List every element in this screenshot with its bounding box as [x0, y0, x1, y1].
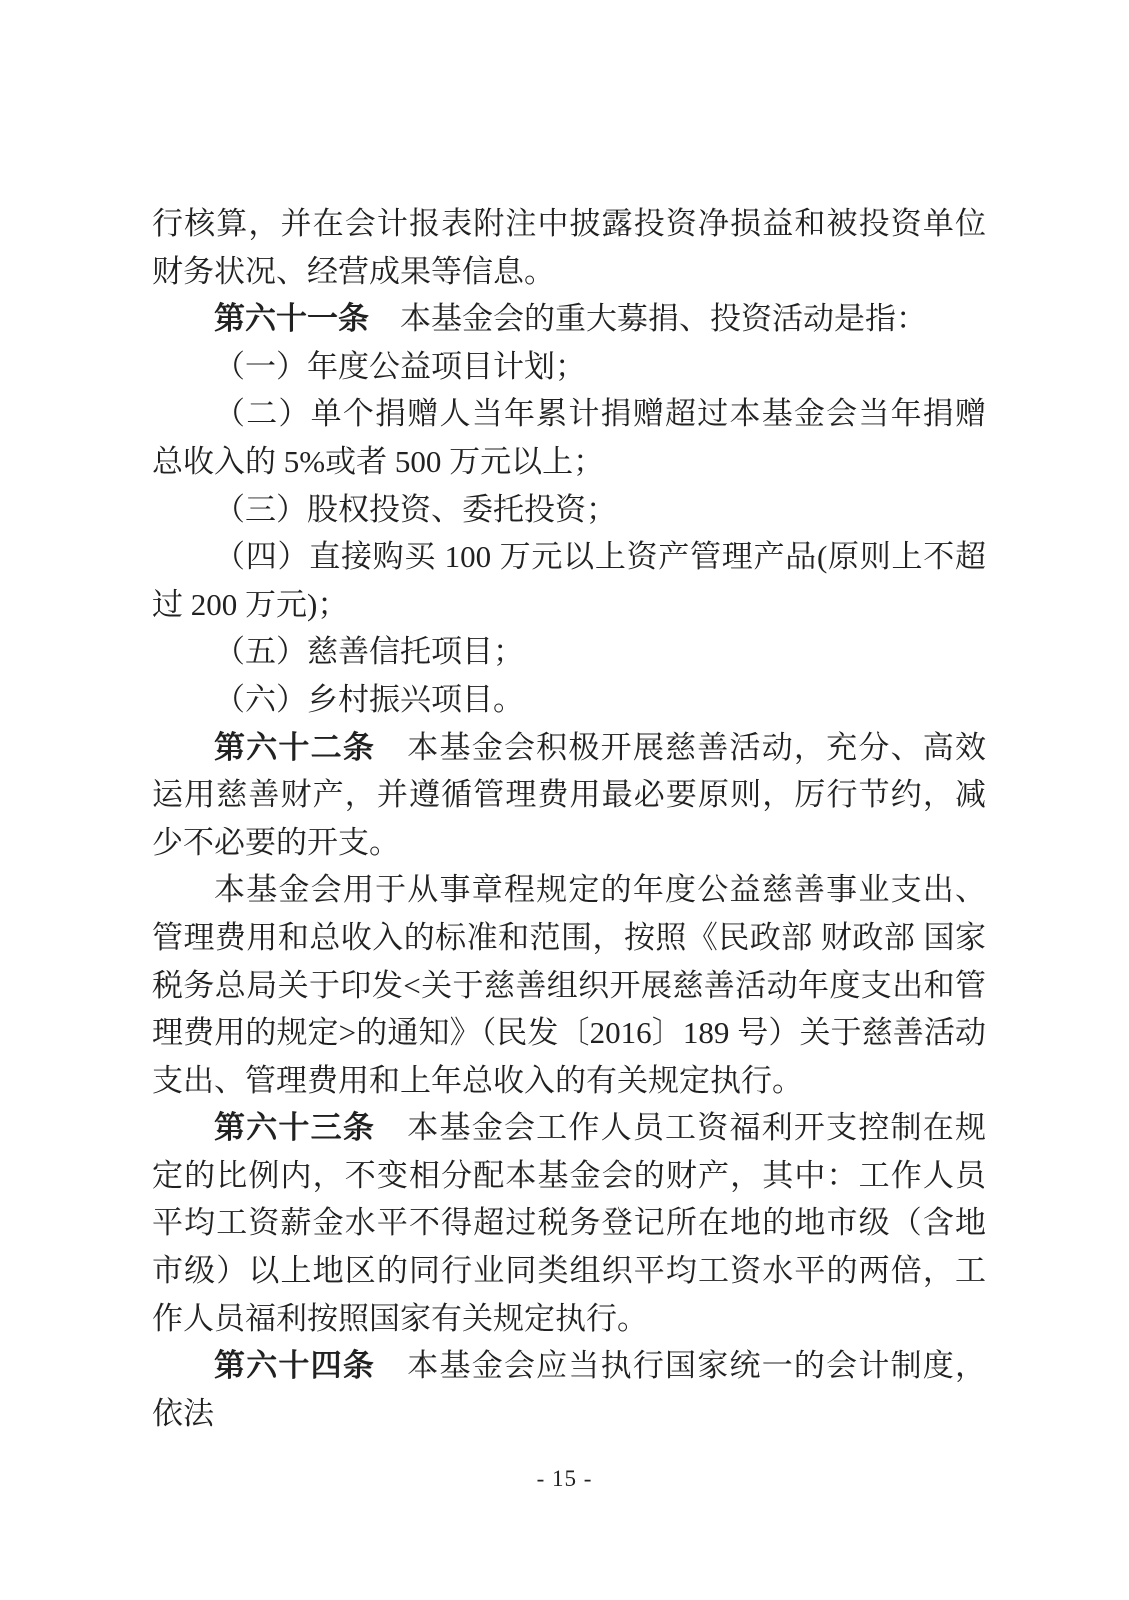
- article-61-item-2: （二）单个捐赠人当年累计捐赠超过本基金会当年捐赠总收入的 5%或者 500 万元…: [152, 390, 986, 485]
- document-body: 行核算，并在会计报表附注中披露投资净损益和被投资单位财务状况、经营成果等信息。第…: [152, 200, 986, 1437]
- article-number: 第六十一条: [214, 301, 369, 336]
- paragraph-text: （五）慈善信托项目；: [214, 634, 524, 669]
- document-page: 行核算，并在会计报表附注中披露投资净损益和被投资单位财务状况、经营成果等信息。第…: [0, 0, 1129, 1600]
- paragraph-text: （三）股权投资、委托投资；: [214, 492, 617, 527]
- article-63: 第六十三条 本基金会工作人员工资福利开支控制在规定的比例内，不变相分配本基金会的…: [152, 1104, 986, 1342]
- paragraph-text: 本基金会的重大募捐、投资活动是指：: [369, 301, 927, 336]
- paragraph-text: 本基金会用于从事章程规定的年度公益慈善事业支出、管理费用和总收入的标准和范围，按…: [152, 872, 986, 1097]
- paragraph-continuation: 行核算，并在会计报表附注中披露投资净损益和被投资单位财务状况、经营成果等信息。: [152, 200, 986, 295]
- paragraph-text: （四）直接购买 100 万元以上资产管理产品(原则上不超过 200 万元)；: [152, 539, 986, 622]
- paragraph-text: （一）年度公益项目计划；: [214, 349, 586, 384]
- article-61-item-3: （三）股权投资、委托投资；: [152, 486, 986, 534]
- article-61-item-6: （六）乡村振兴项目。: [152, 676, 986, 724]
- article-61-item-1: （一）年度公益项目计划；: [152, 343, 986, 391]
- page-number: - 15 -: [0, 1466, 1129, 1492]
- paragraph-text: （二）单个捐赠人当年累计捐赠超过本基金会当年捐赠总收入的 5%或者 500 万元…: [152, 396, 986, 479]
- article-62: 第六十二条 本基金会积极开展慈善活动，充分、高效运用慈善财产，并遵循管理费用最必…: [152, 724, 986, 867]
- article-62-paragraph-2: 本基金会用于从事章程规定的年度公益慈善事业支出、管理费用和总收入的标准和范围，按…: [152, 866, 986, 1104]
- paragraph-text: （六）乡村振兴项目。: [214, 682, 524, 717]
- article-61: 第六十一条 本基金会的重大募捐、投资活动是指：: [152, 295, 986, 343]
- article-number: 第六十四条: [214, 1348, 375, 1383]
- article-61-item-4: （四）直接购买 100 万元以上资产管理产品(原则上不超过 200 万元)；: [152, 533, 986, 628]
- article-number: 第六十三条: [214, 1110, 375, 1145]
- article-64: 第六十四条 本基金会应当执行国家统一的会计制度，依法: [152, 1342, 986, 1437]
- paragraph-text: 行核算，并在会计报表附注中披露投资净损益和被投资单位财务状况、经营成果等信息。: [152, 206, 986, 289]
- article-61-item-5: （五）慈善信托项目；: [152, 628, 986, 676]
- article-number: 第六十二条: [214, 730, 375, 765]
